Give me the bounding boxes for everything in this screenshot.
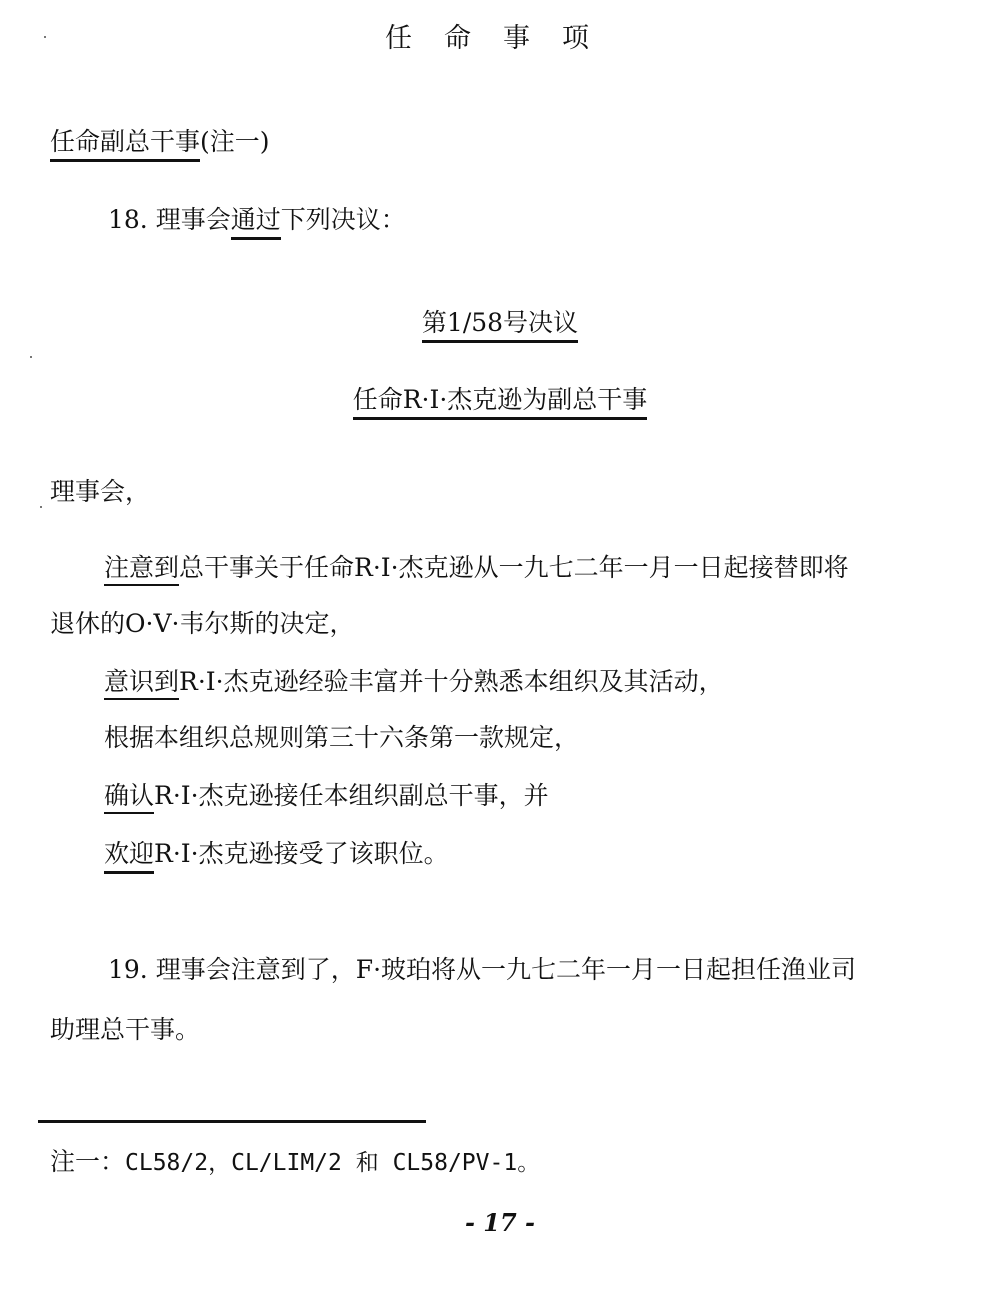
clause-text: R·I·杰克逊接任本组织副总干事，并 (154, 781, 549, 810)
section-heading: 任命副总干事(注一) (50, 122, 270, 158)
clause-text: 根据本组织总规则第三十六条第一款规定， (104, 723, 579, 752)
footnote-divider (38, 1120, 426, 1123)
clause-1-continuation: 退休的O·V·韦尔斯的决定， (50, 604, 354, 640)
clause-1: 注意到总干事关于任命R·I·杰克逊从一九七二年一月一日起接替即将 (104, 548, 849, 584)
section-heading-underlined: 任命副总干事 (50, 127, 200, 162)
opening-line: 理事会， (50, 472, 150, 508)
clause-text: R·I·杰克逊接受了该职位。 (154, 839, 449, 868)
footnote-label: 注一： (50, 1147, 125, 1176)
paragraph-19-line-2: 助理总干事。 (50, 1010, 200, 1046)
clause-verb: 欢迎 (104, 839, 154, 874)
scan-speck (30, 356, 32, 358)
footnote-text: CL58/2，CL/LIM/2 和 CL58/PV-1。 (125, 1150, 540, 1176)
resolution-number-text: 第1/58号决议 (422, 308, 578, 343)
clause-5: 欢迎R·I·杰克逊接受了该职位。 (104, 834, 449, 870)
paragraph-19: 19. 理事会注意到了，F·玻珀将从一九七二年一月一日起担任渔业司 (108, 950, 856, 986)
clause-text: 总干事关于任命R·I·杰克逊从一九七二年一月一日起接替即将 (179, 553, 849, 582)
paragraph-18-text-pre: 理事会 (156, 205, 231, 234)
clause-text: R·I·杰克逊经验丰富并十分熟悉本组织及其活动， (179, 667, 724, 696)
paragraph-number: 18. (108, 205, 148, 234)
resolution-subtitle-text: 任命R·I·杰克逊为副总干事 (353, 385, 648, 420)
resolution-number: 第1/58号决议 (0, 303, 1000, 339)
clause-verb: 注意到 (104, 553, 179, 586)
scan-speck (44, 36, 46, 38)
paragraph-18-text-post: 下列决议： (281, 205, 406, 234)
scan-speck (40, 506, 42, 508)
paragraph-number: 19. (108, 955, 148, 984)
footnote: 注一：CL58/2，CL/LIM/2 和 CL58/PV-1。 (50, 1142, 540, 1178)
clause-2: 意识到R·I·杰克逊经验丰富并十分熟悉本组织及其活动， (104, 662, 724, 698)
footnote-reference: (注一) (200, 127, 270, 156)
clause-4: 确认R·I·杰克逊接任本组织副总干事，并 (104, 776, 549, 812)
page-title: 任命事项 (385, 16, 621, 55)
resolution-subtitle: 任命R·I·杰克逊为副总干事 (0, 380, 1000, 416)
clause-verb: 确认 (104, 781, 154, 814)
clause-3: 根据本组织总规则第三十六条第一款规定， (104, 718, 579, 754)
paragraph-18-underlined: 通过 (231, 205, 281, 240)
paragraph-18: 18. 理事会通过下列决议： (108, 200, 406, 236)
page-number: - 17 - (0, 1208, 1000, 1237)
clause-verb: 意识到 (104, 667, 179, 700)
paragraph-19-line-1: 理事会注意到了，F·玻珀将从一九七二年一月一日起担任渔业司 (156, 955, 856, 984)
